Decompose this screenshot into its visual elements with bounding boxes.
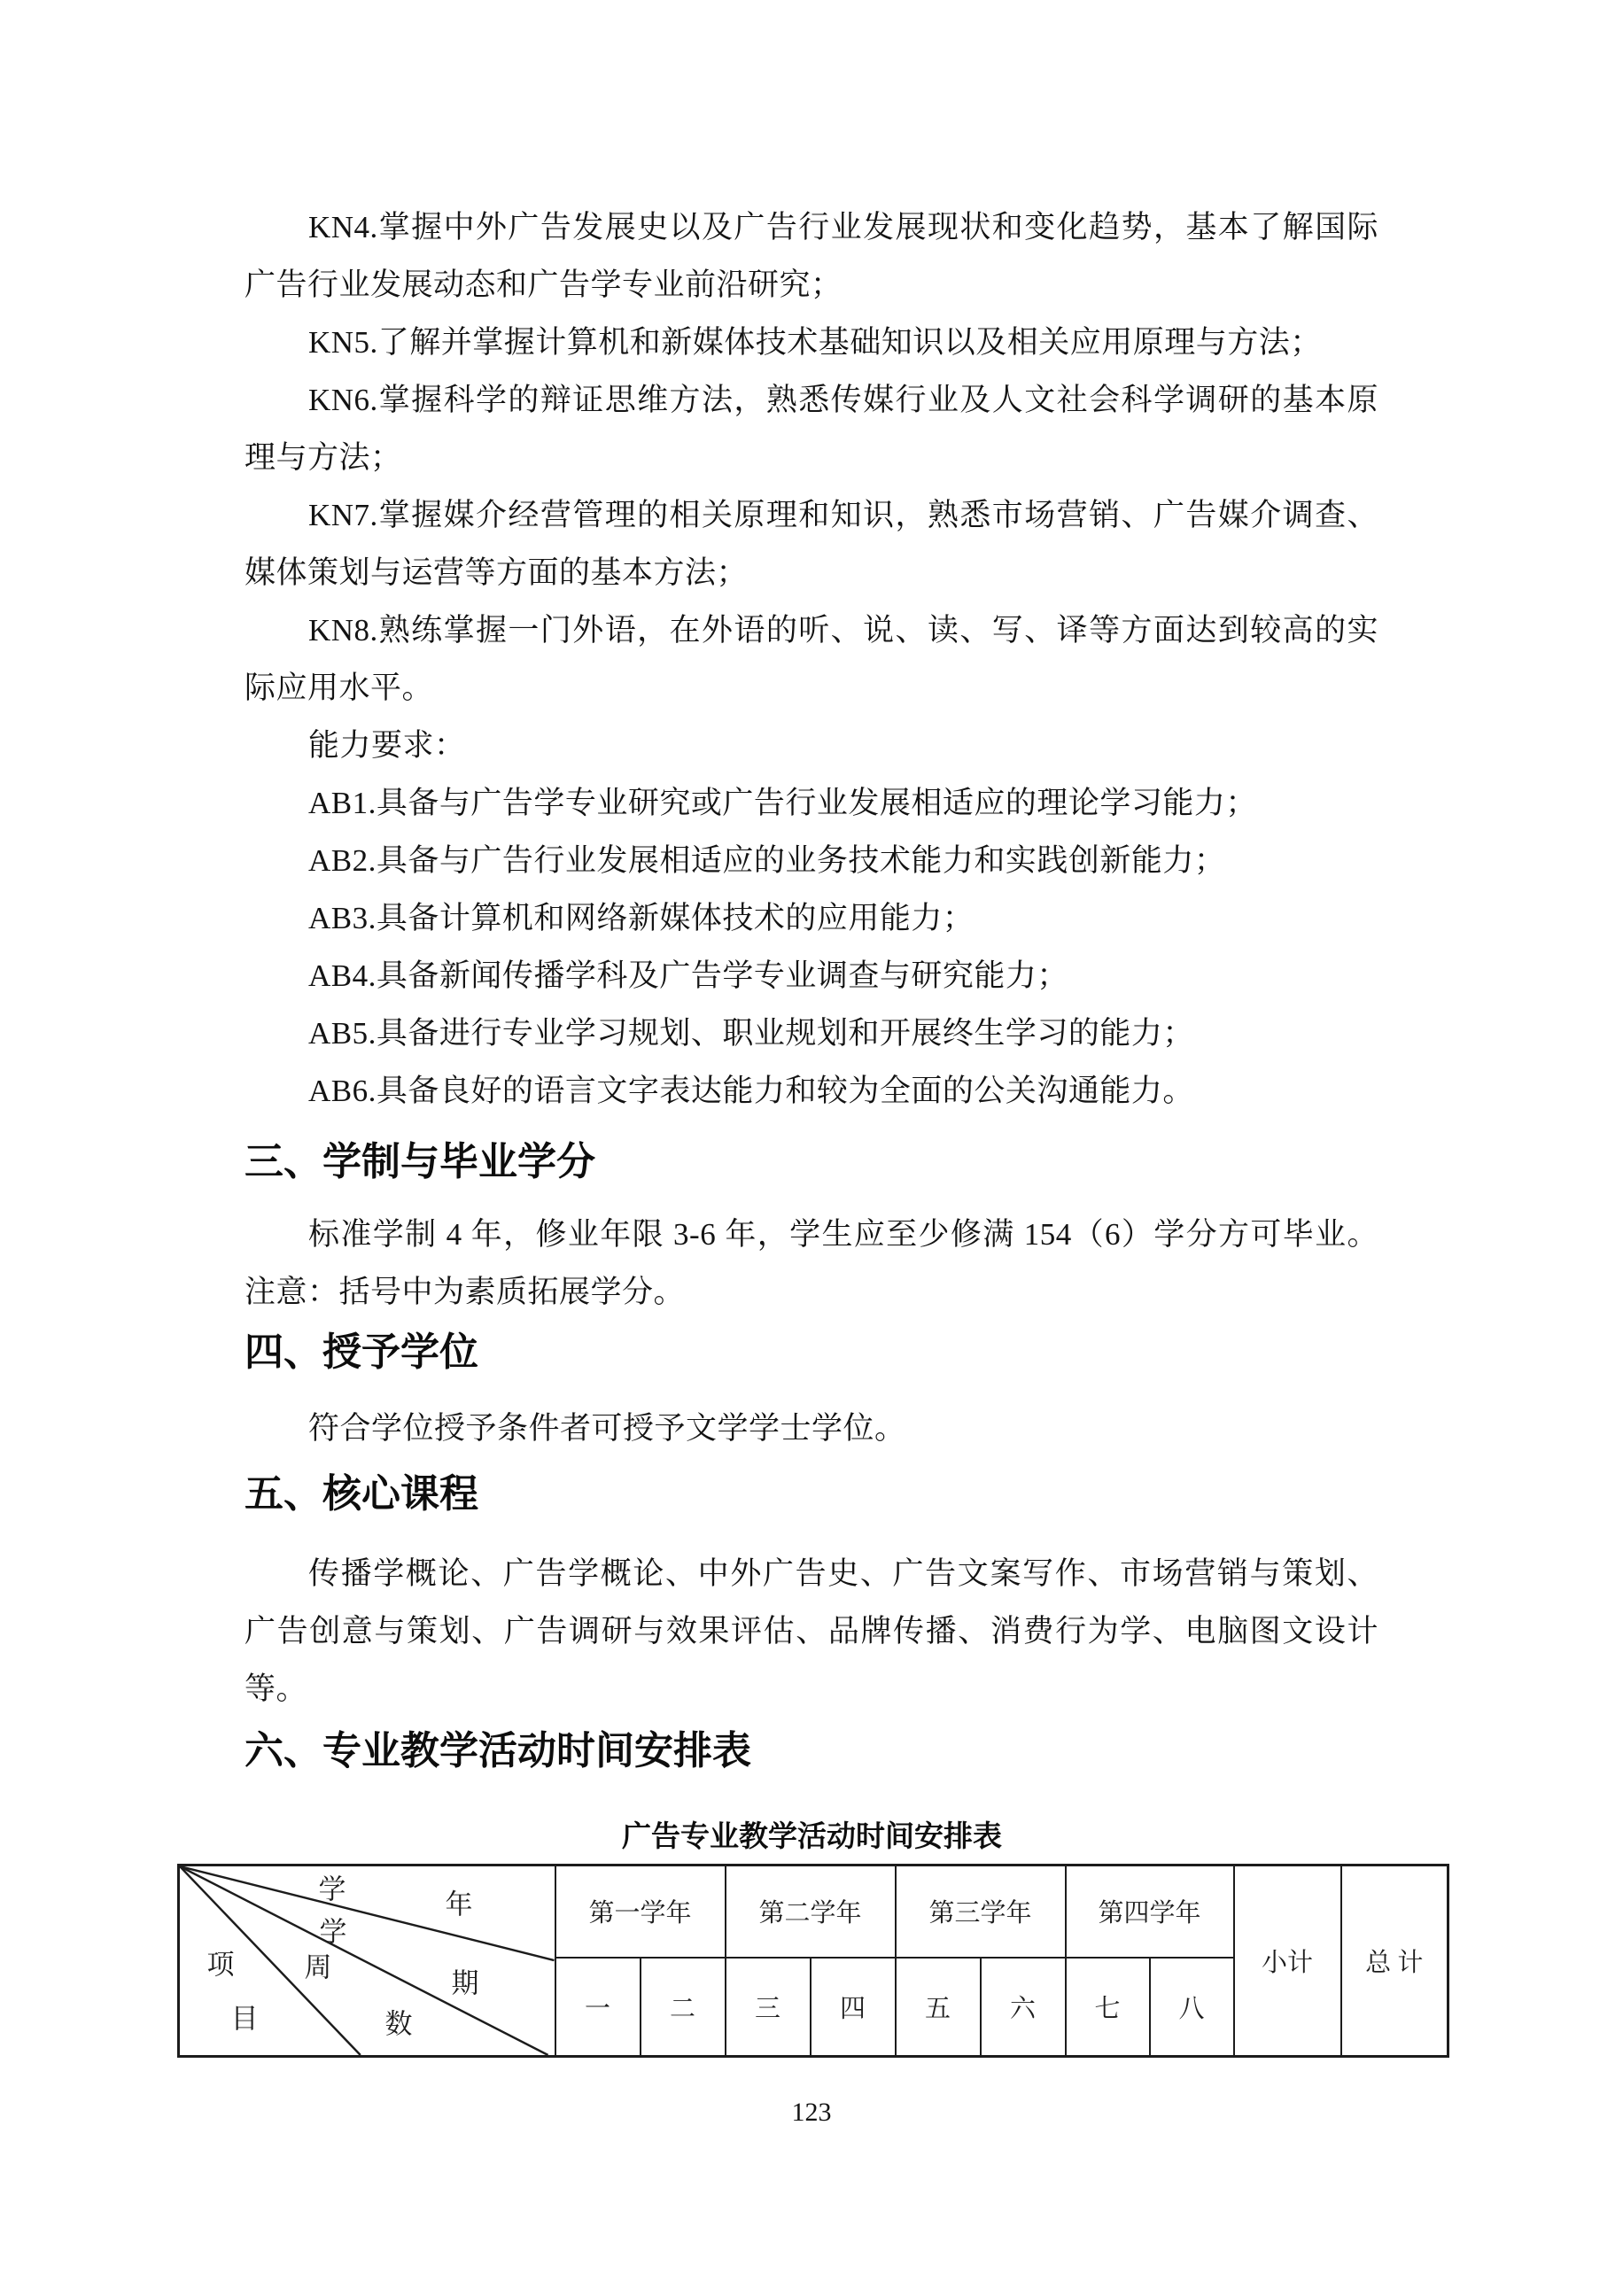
- diagonal-header-label: 期: [452, 1970, 479, 1997]
- diagonal-header-label: 学: [319, 1876, 346, 1904]
- diagonal-header-label: 项: [207, 1951, 235, 1979]
- diagonal-header-label: 数: [385, 2011, 413, 2038]
- text-line: AB1.具备与广告学专业研究或广告行业发展相适应的理论学习能力；: [245, 774, 1378, 832]
- year-header-4: 第四学年: [1066, 1865, 1234, 1958]
- text-line: KN8.熟练掌握一门外语，在外语的听、说、读、写、译等方面达到较高的实: [245, 601, 1378, 659]
- total-header: 总 计: [1341, 1865, 1448, 2057]
- year-header-2: 第二学年: [726, 1865, 896, 1958]
- text-line: 理与方法；: [245, 429, 1378, 486]
- section-heading-6: 六、专业教学活动时间安排表: [245, 1722, 1378, 1780]
- text-line: 标准学制 4 年，修业年限 3-6 年，学生应至少修满 154（6）学分方可毕业…: [245, 1206, 1378, 1263]
- text-line: 符合学位授予条件者可授予文学学士学位。: [245, 1400, 1378, 1457]
- core-courses-paragraph: 传播学概论、广告学概论、中外广告史、广告文案写作、市场营销与策划、广告创意与策划…: [245, 1545, 1378, 1718]
- table-title: 广告专业教学活动时间安排表: [177, 1814, 1447, 1858]
- year-header-3: 第三学年: [896, 1865, 1066, 1958]
- text-line: 注意：括号中为素质拓展学分。: [245, 1263, 1378, 1321]
- duration-credits-paragraph: 标准学制 4 年，修业年限 3-6 年，学生应至少修满 154（6）学分方可毕业…: [245, 1206, 1378, 1321]
- page-number: 123: [0, 2092, 1623, 2132]
- text-line: 能力要求：: [245, 717, 1378, 774]
- semester-header-1: 一: [555, 1958, 641, 2057]
- text-line: KN6.掌握科学的辩证思维方法，熟悉传媒行业及人文社会科学调研的基本原: [245, 371, 1378, 429]
- text-line: AB5.具备进行专业学习规划、职业规划和开展终生学习的能力；: [245, 1004, 1378, 1062]
- text-line: 际应用水平。: [245, 659, 1378, 717]
- diagonal-header-label: 目: [231, 2005, 259, 2033]
- text-line: 媒体策划与运营等方面的基本方法；: [245, 544, 1378, 601]
- text-line: AB4.具备新闻传播学科及广告学专业调查与研究能力；: [245, 947, 1378, 1004]
- knowledge-requirements-paragraphs: KN4.掌握中外广告发展史以及广告行业发展现状和变化趋势，基本了解国际广告行业发…: [245, 198, 1378, 1120]
- degree-paragraph: 符合学位授予条件者可授予文学学士学位。: [245, 1400, 1378, 1457]
- semester-header-8: 八: [1150, 1958, 1234, 2057]
- document-page: KN4.掌握中外广告发展史以及广告行业发展现状和变化趋势，基本了解国际广告行业发…: [0, 0, 1623, 2296]
- semester-header-2: 二: [641, 1958, 726, 2057]
- text-line: AB6.具备良好的语言文字表达能力和较为全面的公关沟通能力。: [245, 1062, 1378, 1120]
- semester-header-5: 五: [896, 1958, 981, 2057]
- semester-header-3: 三: [726, 1958, 811, 2057]
- year-header-1: 第一学年: [555, 1865, 726, 1958]
- subtotal-header: 小计: [1234, 1865, 1341, 2057]
- semester-header-6: 六: [981, 1958, 1066, 2057]
- text-line: 广告创意与策划、广告调研与效果评估、品牌传播、消费行为学、电脑图文设计: [245, 1602, 1378, 1660]
- text-line: AB3.具备计算机和网络新媒体技术的应用能力；: [245, 889, 1378, 947]
- diagonal-header-cell: 学年学期项周数目: [179, 1865, 555, 2057]
- text-line: 广告行业发展动态和广告学专业前沿研究；: [245, 256, 1378, 314]
- diagonal-header-label: 年: [446, 1891, 473, 1919]
- schedule-table-wrap: 学年学期项周数目 第一学年 第二学年 第三学年 第四学年 小计 总 计 一 二 …: [177, 1864, 1449, 2058]
- section-heading-4: 四、授予学位: [245, 1323, 1378, 1382]
- diagonal-header-label: 周: [305, 1954, 332, 1982]
- semester-header-7: 七: [1066, 1958, 1150, 2057]
- section-heading-5: 五、核心课程: [245, 1465, 1378, 1524]
- semester-header-4: 四: [811, 1958, 896, 2057]
- diagonal-header-content: 学年学期项周数目: [180, 1866, 555, 2055]
- schedule-table: 学年学期项周数目 第一学年 第二学年 第三学年 第四学年 小计 总 计 一 二 …: [177, 1864, 1449, 2058]
- text-line: KN5.了解并掌握计算机和新媒体技术基础知识以及相关应用原理与方法；: [245, 314, 1378, 371]
- text-line: AB2.具备与广告行业发展相适应的业务技术能力和实践创新能力；: [245, 832, 1378, 889]
- diagonal-header-label: 学: [320, 1919, 347, 1946]
- text-line: 传播学概论、广告学概论、中外广告史、广告文案写作、市场营销与策划、: [245, 1545, 1378, 1602]
- section-heading-3: 三、学制与毕业学分: [245, 1133, 1378, 1191]
- text-line: KN7.掌握媒介经营管理的相关原理和知识，熟悉市场营销、广告媒介调查、: [245, 486, 1378, 544]
- text-line: 等。: [245, 1660, 1378, 1718]
- text-line: KN4.掌握中外广告发展史以及广告行业发展现状和变化趋势，基本了解国际: [245, 198, 1378, 256]
